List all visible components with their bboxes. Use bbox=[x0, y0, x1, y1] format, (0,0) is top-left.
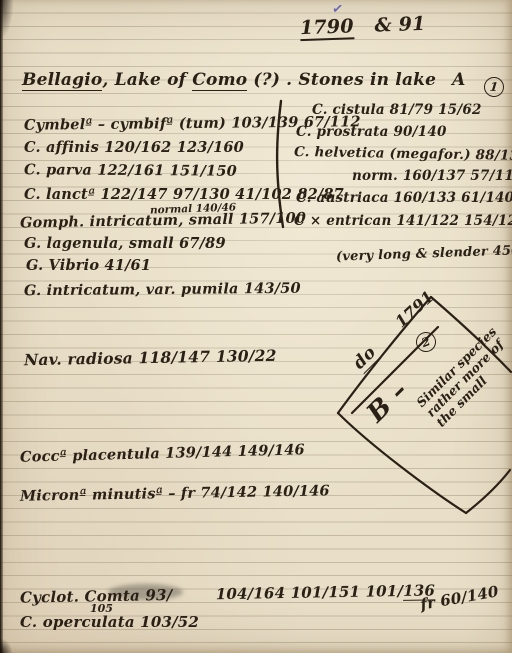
note-very-long-slender: (very long & slender 450/45 bbox=[336, 243, 512, 265]
entry-helvetica: C. helvetica (megafor.) 88/135 bbox=[294, 145, 512, 164]
page-corner-shadow-top bbox=[0, 0, 14, 40]
entry-cyclotella-comta: Cyclot. Comta 93/ 104/164 101/151 101/13… bbox=[20, 582, 435, 606]
heading-sample-letter: A bbox=[452, 70, 465, 90]
entry-prostrata: C. prostrata 90/140 bbox=[296, 125, 447, 140]
entry-parva: C. parva 122/161 151/150 bbox=[24, 162, 237, 179]
entry-austriaca: C. austriaca 160/133 61/140 bbox=[296, 191, 512, 206]
page-number-badge: 1 bbox=[483, 76, 505, 98]
entry-cistula: C. cistula 81/79 15/62 bbox=[312, 103, 482, 118]
diamond-ditto: do bbox=[350, 343, 380, 373]
entry-helvetica-norm: norm. 160/137 57/118 bbox=[352, 169, 512, 184]
page-corner-shadow-bottom bbox=[0, 639, 12, 653]
manuscript-page: ✓ 1790 & 91 Bellagio, Lake of Como (?) .… bbox=[0, 0, 512, 653]
heading-mid: , Lake of bbox=[102, 70, 192, 90]
diamond-ditto-text: do bbox=[349, 343, 381, 375]
year-main: 1790 bbox=[300, 15, 354, 41]
entry-entrican: C × entrican 141/122 154/126 bbox=[294, 214, 512, 229]
slender-text: (very long & slender 450/ bbox=[336, 243, 512, 265]
entry-affinis: C. affinis 120/162 123/160 bbox=[24, 140, 244, 156]
diamond-edge-lower-right bbox=[466, 470, 510, 513]
entry-lagenula: G. lagenula, small 67/89 bbox=[24, 236, 226, 252]
entry-operculata: C. operculata 103/52 bbox=[20, 614, 199, 631]
diamond-number-badge: 2 bbox=[413, 329, 439, 355]
entry-cocconeis: Coccª placentula 139/144 149/146 bbox=[20, 442, 305, 465]
comta-values: 104/164 101/151 101/ bbox=[216, 582, 404, 603]
page-year: 1790 & 91 bbox=[300, 14, 426, 39]
entry-nav-radiosa: Nav. radiosa 118/147 130/22 bbox=[24, 347, 277, 368]
diamond-edge-lower-left bbox=[338, 413, 466, 513]
heading-rest: (?) . Stones in lake bbox=[247, 70, 436, 90]
entry-gomph-intricatum: Gomph. intricatum, small 157/100 bbox=[20, 211, 306, 232]
diamond-letter-b: B – bbox=[362, 376, 414, 428]
year-suffix: & 91 bbox=[374, 13, 426, 37]
diamond-year: 1791 bbox=[392, 288, 437, 331]
heading-place-bellagio: Bellagio bbox=[22, 70, 102, 91]
entry-vibrio: G. Vibrio 41/61 bbox=[26, 258, 151, 274]
entry-intricatum-pumila: G. intricatum, var. pumila 143/50 bbox=[24, 281, 301, 299]
page-left-edge bbox=[0, 0, 3, 653]
entry-micron-minutis: Micronª minutisª – fr 74/142 140/146 bbox=[20, 483, 330, 504]
heading-line: Bellagio, Lake of Como (?) . Stones in l… bbox=[22, 71, 466, 90]
heading-place-como: Como bbox=[192, 70, 247, 91]
ink-strokes bbox=[0, 0, 512, 653]
